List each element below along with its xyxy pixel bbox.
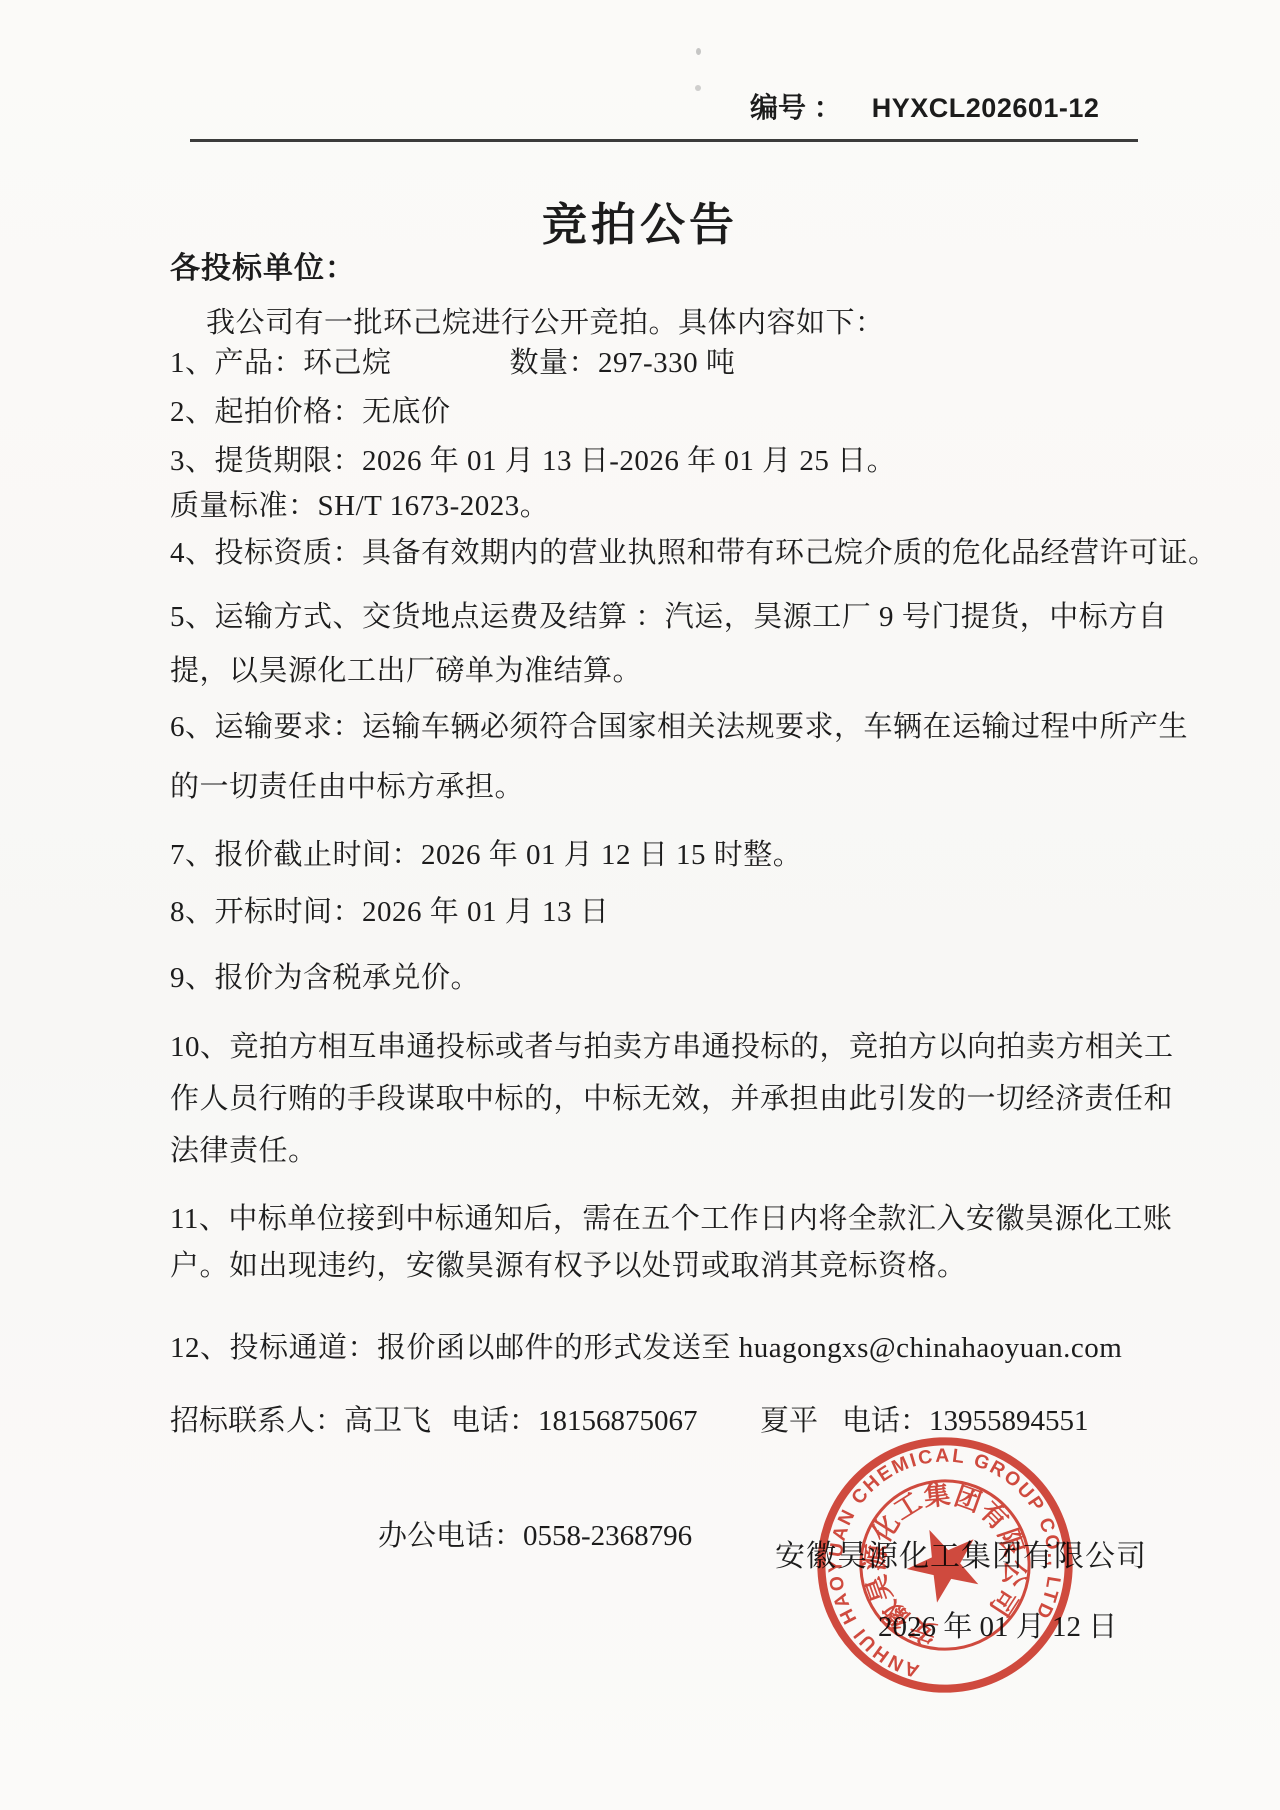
contact-phone-label: 电话： <box>451 1405 538 1437</box>
item-1-product: 1、产品：环己烷 数量：297-330 吨 <box>170 336 735 390</box>
item-5-transport-settlement: 5、运输方式、交货地点运费及结算 ：汽运，昊源工厂 9 号门提货，中标方自 提，… <box>170 590 1167 698</box>
item-line: 作人员行贿的手段谋取中标的，中标无效，并承担由此引发的一切经济责任和 <box>170 1073 1174 1125</box>
item-8-open-date: 8、开标时间：2026 年 01 月 13 日 <box>170 885 609 939</box>
item-line: 6、运输要求：运输车辆必须符合国家相关法规要求，车辆在运输过程中所产生 <box>170 697 1188 757</box>
item-10-collusion-clause: 10、竞拍方相互串通投标或者与拍卖方串通投标的，竞拍方以向拍卖方相关工 作人员行… <box>170 1021 1174 1177</box>
item-line: 5、运输方式、交货地点运费及结算 ：汽运，昊源工厂 9 号门提货，中标方自 <box>170 590 1167 644</box>
contact-primary-name: 高卫飞 <box>344 1405 431 1437</box>
item-line: 8、开标时间：2026 年 01 月 13 日 <box>170 885 609 939</box>
contact-secondary-name: 夏平 <box>760 1405 818 1437</box>
item-line: 的一切责任由中标方承担。 <box>170 757 1188 817</box>
doc-number-row: 编号 ：HYXCL202601-12 <box>750 86 1099 126</box>
item-9-price-terms: 9、报价为含税承兑价。 <box>170 951 480 1005</box>
item-line: 12、投标通道：报价函以邮件的形式发送至 huagongxs@chinahaoy… <box>170 1321 1122 1375</box>
item-line: 11、中标单位接到中标通知后，需在五个工作日内将全款汇入安徽昊源化工账 <box>170 1196 1172 1243</box>
scan-speck <box>696 48 701 55</box>
quality-standard: 质量标准：SH/T 1673-2023。 <box>170 479 549 533</box>
item-12-bid-channel: 12、投标通道：报价函以邮件的形式发送至 huagongxs@chinahaoy… <box>170 1321 1122 1375</box>
item-line: 户。如出现违约，安徽昊源有权予以处罚或取消其竞标资格。 <box>170 1243 1172 1290</box>
contact-primary-label: 招标联系人： <box>170 1405 344 1437</box>
item-line: 提，以昊源化工出厂磅单为准结算。 <box>170 644 1167 698</box>
item-2-start-price: 2、起拍价格：无底价 <box>170 385 451 439</box>
office-phone-row: 办公电话：0558-2368796 <box>378 1513 692 1554</box>
doc-number-value: HYXCL202601-12 <box>872 93 1100 123</box>
item-11-payment-clause: 11、中标单位接到中标通知后，需在五个工作日内将全款汇入安徽昊源化工账 户。如出… <box>170 1196 1172 1290</box>
auction-notice-document: 编号 ：HYXCL202601-12 竞拍公告 各投标单位： 我公司有一批环己烷… <box>0 0 1280 1810</box>
scan-speck <box>695 85 701 91</box>
item-7-quote-deadline: 7、报价截止时间：2026 年 01 月 12 日 15 时整。 <box>170 828 802 882</box>
item-line: 9、报价为含税承兑价。 <box>170 951 480 1005</box>
item-6-transport-requirement: 6、运输要求：运输车辆必须符合国家相关法规要求，车辆在运输过程中所产生 的一切责… <box>170 697 1188 817</box>
item-line: 2、起拍价格：无底价 <box>170 385 451 439</box>
intro-paragraph: 我公司有一批环己烷进行公开竞拍。具体内容如下： <box>206 300 885 341</box>
office-phone-label: 办公电话： <box>378 1520 523 1552</box>
contact-primary-phone: 18156875067 <box>538 1405 698 1437</box>
item-line: 法律责任。 <box>170 1125 1174 1177</box>
doc-number-label: 编号 ： <box>750 92 842 123</box>
office-phone-value: 0558-2368796 <box>523 1520 692 1552</box>
item-line: 7、报价截止时间：2026 年 01 月 12 日 15 时整。 <box>170 828 802 882</box>
item-line: 4、投标资质：具备有效期内的营业执照和带有环己烷介质的危化品经营许可证。 <box>170 526 1218 580</box>
salutation: 各投标单位： <box>170 243 356 287</box>
item-line: 质量标准：SH/T 1673-2023。 <box>170 479 549 533</box>
item-line: 10、竞拍方相互串通投标或者与拍卖方串通投标的，竞拍方以向拍卖方相关工 <box>170 1021 1174 1073</box>
item-4-qualification: 4、投标资质：具备有效期内的营业执照和带有环己烷介质的危化品经营许可证。 <box>170 526 1218 580</box>
header-rule <box>190 139 1138 142</box>
item-line: 1、产品：环己烷 数量：297-330 吨 <box>170 336 735 390</box>
seal-star-icon <box>896 1515 991 1608</box>
